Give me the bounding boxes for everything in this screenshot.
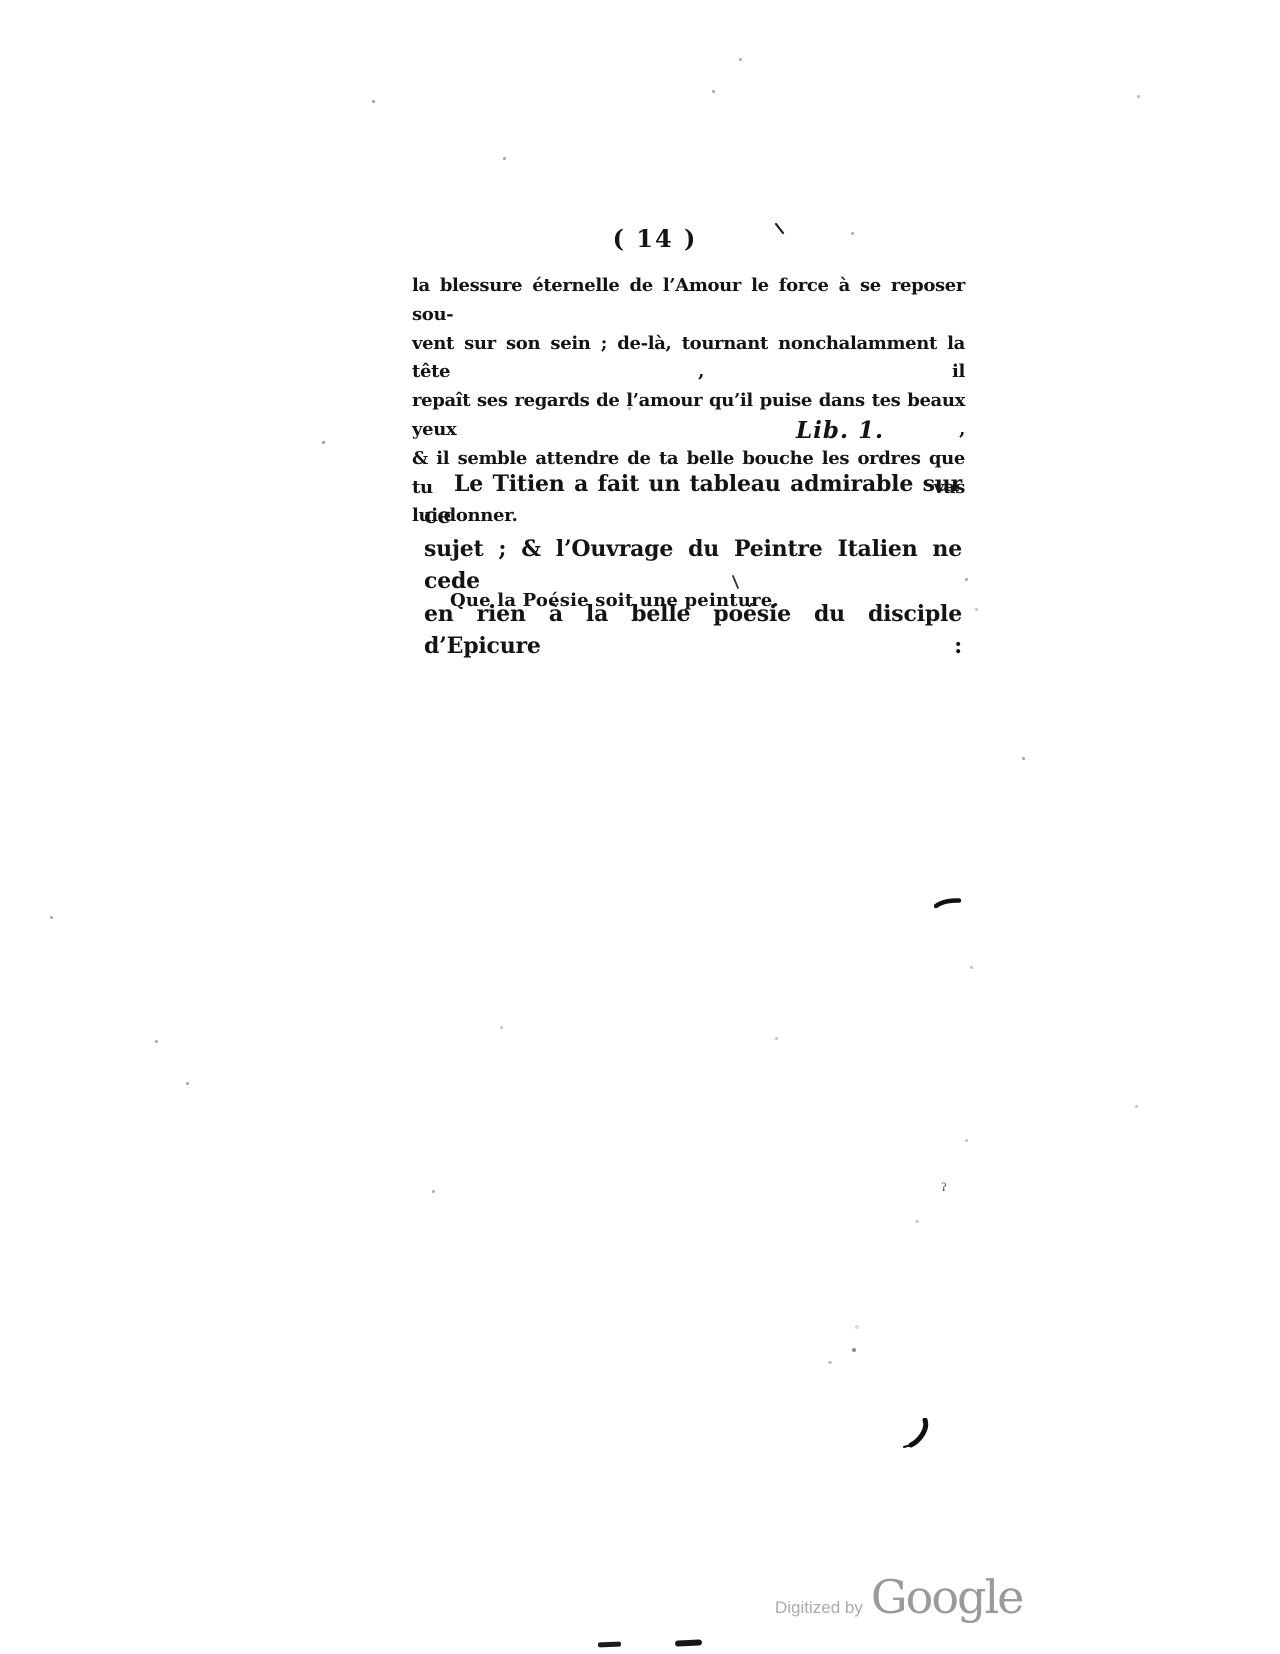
ink-speck <box>155 1040 158 1043</box>
google-logo: Google <box>871 1574 1023 1620</box>
ink-speck <box>828 1361 832 1364</box>
ink-speck <box>500 1026 503 1029</box>
ink-speck <box>432 1190 435 1193</box>
ink-speck <box>50 916 53 919</box>
ink-dash-mark <box>934 895 962 914</box>
ink-speck <box>372 100 375 103</box>
body-line: sujet ; & l’Ouvrage du Peintre Italien n… <box>424 533 962 598</box>
ink-speck <box>503 157 506 160</box>
ink-speck <box>775 1037 778 1040</box>
ink-speck <box>855 1325 859 1329</box>
ink-grave-mark <box>775 220 785 239</box>
quote-attribution: Lib. 1. <box>796 417 884 444</box>
body-line: Le Titien a fait un tableau admirable su… <box>424 468 962 533</box>
ink-speck <box>851 232 854 235</box>
ink-speck <box>1137 95 1140 98</box>
ink-speck <box>965 578 968 581</box>
ink-speck <box>1135 1105 1138 1108</box>
ink-pen-stroke <box>903 1418 931 1454</box>
ink-speck <box>186 1082 189 1085</box>
digitized-by-label: Digitized by <box>775 1598 863 1618</box>
ink-tick-mark <box>732 575 740 594</box>
ink-speck <box>322 441 325 444</box>
scan-edge-smudge <box>598 1642 621 1648</box>
ink-speck <box>915 1220 919 1223</box>
ink-speck <box>1022 757 1025 760</box>
ink-small-glyph: ʔ <box>941 1181 947 1194</box>
ink-speck <box>739 58 742 61</box>
ink-speck <box>965 1139 968 1142</box>
scanned-book-page: { "document": { "page_number": "( 14 )",… <box>0 0 1280 1654</box>
ink-speck <box>970 966 973 969</box>
ink-speck <box>852 1348 856 1352</box>
ink-speck <box>975 608 978 611</box>
scan-edge-smudge <box>675 1639 702 1646</box>
quote-line: vent sur son sein ; de-là, tournant nonc… <box>412 330 965 388</box>
body-paragraph: Le Titien a fait un tableau admirable su… <box>424 468 962 662</box>
citation-line: Que la Poésie soit une peinture. <box>450 590 779 611</box>
ink-speck <box>628 407 631 410</box>
watermark: Digitized by Google <box>775 1574 1022 1620</box>
page-number: ( 14 ) <box>560 224 750 253</box>
ink-speck <box>712 90 715 93</box>
quote-line: la blessure éternelle de l’Amour le forc… <box>412 272 965 330</box>
